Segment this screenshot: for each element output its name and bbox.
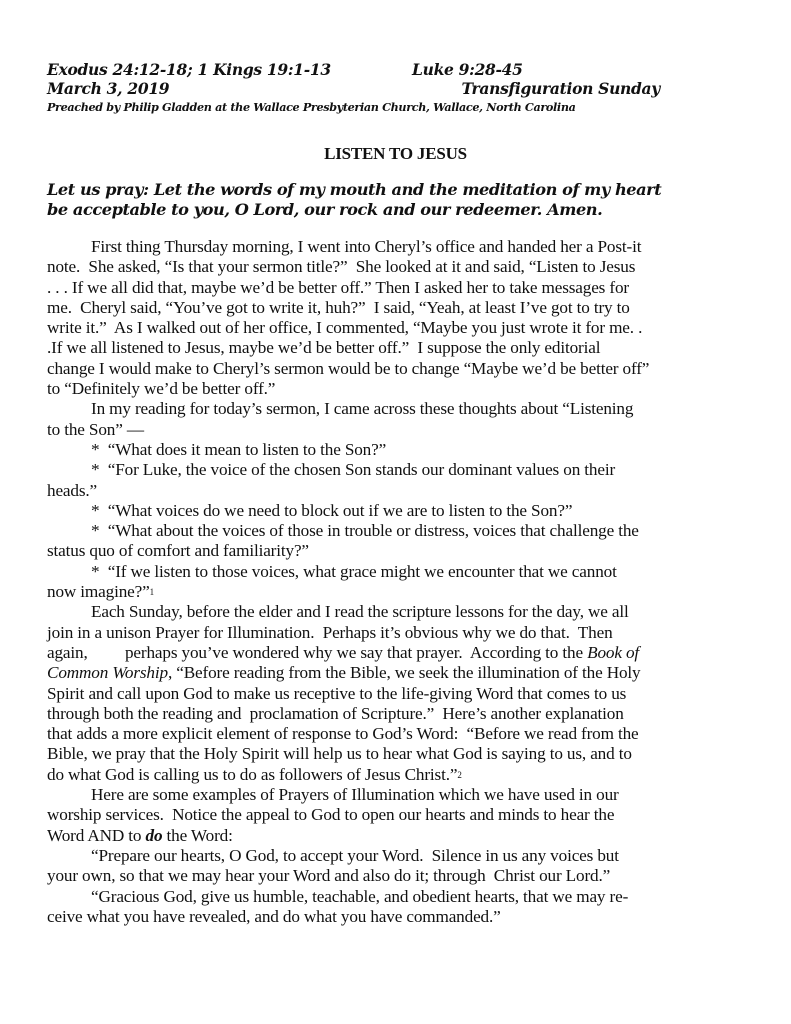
text-line: worship services. Notice the appeal to G… [47, 805, 747, 825]
liturgical-occasion: Transfiguration Sunday [461, 79, 660, 98]
paragraph-2: In my reading for today’s sermon, I came… [47, 399, 747, 440]
text-line: write it.” As I walked out of her office… [47, 318, 747, 338]
text-line: heads.” [47, 481, 747, 501]
text-line: First thing Thursday morning, I went int… [47, 237, 747, 257]
asterisk-bullet: * [91, 460, 99, 479]
paragraph-3: Each Sunday, before the elder and I read… [47, 602, 747, 785]
text-line: * “If we listen to those voices, what gr… [47, 562, 747, 582]
text-line: ceive what you have revealed, and do wha… [47, 907, 747, 927]
asterisk-bullet: * [91, 521, 99, 540]
text-line: Here are some examples of Prayers of Ill… [47, 785, 747, 805]
text-line: to the Son” — [47, 420, 747, 440]
preacher-line: Preached by Philip Gladden at the Wallac… [47, 100, 657, 114]
text-line: now imagine?”1 [47, 582, 747, 602]
footnote-marker[interactable]: 2 [457, 770, 461, 780]
sermon-date: March 3, 2019 [47, 79, 169, 98]
scripture-references: Exodus 24:12-18; 1 Kings 19:1-13 Luke 9:… [47, 60, 657, 79]
footnote-marker[interactable]: 1 [150, 587, 154, 597]
text-line: change I would make to Cheryl’s sermon w… [47, 359, 747, 379]
asterisk-bullet: * [91, 440, 99, 459]
quote-list: * “What does it mean to listen to the So… [47, 440, 747, 602]
text-line: Bible, we pray that the Holy Spirit will… [47, 744, 747, 764]
text-line: do what God is calling us to do as follo… [47, 765, 747, 785]
paragraph-4: Here are some examples of Prayers of Ill… [47, 785, 747, 846]
text-line: * “What does it mean to listen to the So… [47, 440, 747, 460]
text-line: Common Worship, “Before reading from the… [47, 663, 747, 683]
text-line: Word AND to do the Word: [47, 826, 747, 846]
text-line: that adds a more explicit element of res… [47, 724, 747, 744]
text-line: note. She asked, “Is that your sermon ti… [47, 257, 747, 277]
emphasis-do: do [146, 826, 163, 845]
book-title: Book of [587, 643, 639, 662]
quote-item: * “What does it mean to listen to the So… [47, 440, 747, 460]
text-line: “Prepare our hearts, O God, to accept yo… [47, 846, 747, 866]
prayer-example-1: “Prepare our hearts, O God, to accept yo… [47, 846, 747, 887]
text-line: Spirit and call upon God to make us rece… [47, 684, 747, 704]
gospel-reading: Luke 9:28-45 [412, 60, 523, 79]
opening-prayer: Let us pray: Let the words of my mouth a… [47, 180, 747, 220]
text-line: Each Sunday, before the elder and I read… [47, 602, 747, 622]
prayer-example-2: “Gracious God, give us humble, teachable… [47, 887, 747, 928]
date-occasion-row: March 3, 2019 Transfiguration Sunday [47, 79, 657, 98]
book-title: Common Worship [47, 663, 168, 682]
text-line: again, perhaps you’ve wondered why we sa… [47, 643, 747, 663]
document-page: Exodus 24:12-18; 1 Kings 19:1-13 Luke 9:… [0, 0, 791, 1024]
quote-item: * “What voices do we need to block out i… [47, 501, 747, 521]
text-line: your own, so that we may hear your Word … [47, 866, 747, 886]
text-line: to “Definitely we’d be better off.” [47, 379, 747, 399]
text-line: join in a unison Prayer for Illumination… [47, 623, 747, 643]
quote-item: * “What about the voices of those in tro… [47, 521, 747, 562]
asterisk-bullet: * [91, 562, 99, 581]
text-line: status quo of comfort and familiarity?” [47, 541, 747, 561]
ot-readings: Exodus 24:12-18; 1 Kings 19:1-13 [47, 60, 331, 79]
text-line: * “What voices do we need to block out i… [47, 501, 747, 521]
sermon-body: First thing Thursday morning, I went int… [47, 237, 747, 927]
text-line: . . . If we all did that, maybe we’d be … [47, 278, 747, 298]
asterisk-bullet: * [91, 501, 99, 520]
text-line: .If we all listened to Jesus, maybe we’d… [47, 338, 747, 358]
paragraph-1: First thing Thursday morning, I went int… [47, 237, 747, 399]
text-line: me. Cheryl said, “You’ve got to write it… [47, 298, 747, 318]
opening-prayer-line: be acceptable to you, O Lord, our rock a… [47, 200, 747, 220]
text-line: * “What about the voices of those in tro… [47, 521, 747, 541]
sermon-title: LISTEN TO JESUS [0, 144, 791, 164]
text-line: * “For Luke, the voice of the chosen Son… [47, 460, 747, 480]
quote-item: * “If we listen to those voices, what gr… [47, 562, 747, 603]
opening-prayer-line: Let us pray: Let the words of my mouth a… [47, 180, 747, 200]
quote-item: * “For Luke, the voice of the chosen Son… [47, 460, 747, 501]
text-line: “Gracious God, give us humble, teachable… [47, 887, 747, 907]
text-line: In my reading for today’s sermon, I came… [47, 399, 747, 419]
text-line: through both the reading and proclamatio… [47, 704, 747, 724]
